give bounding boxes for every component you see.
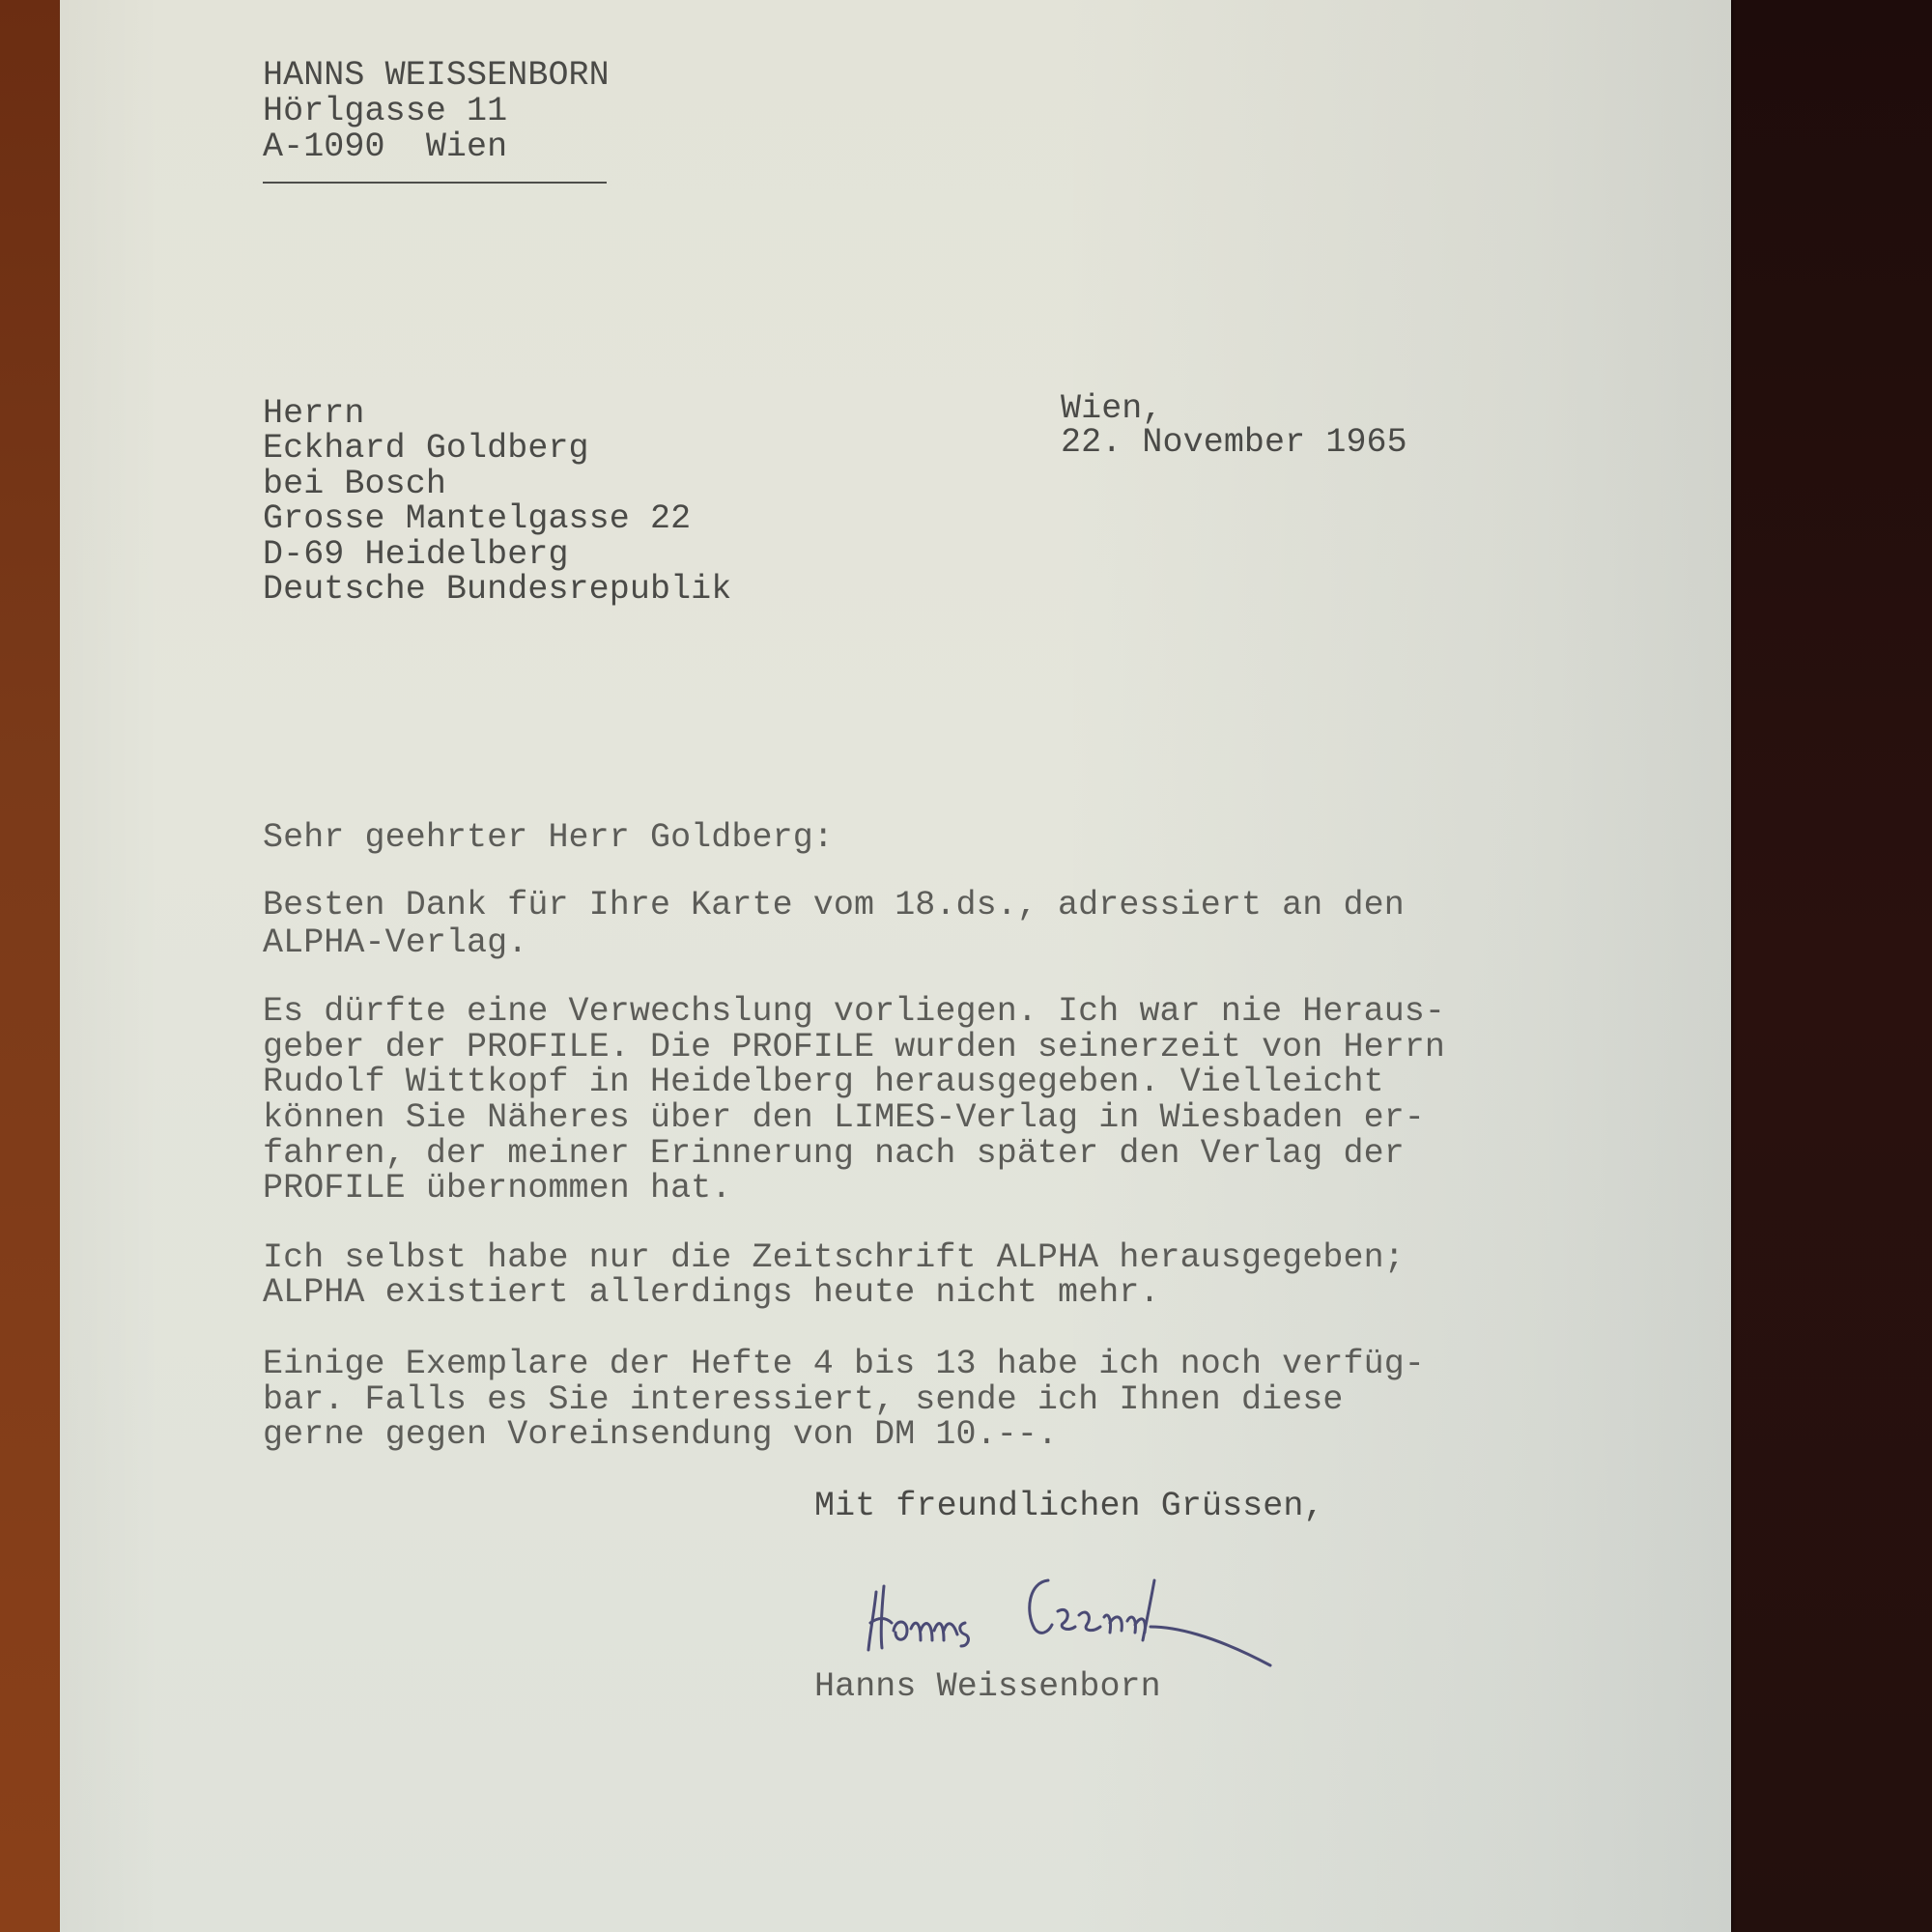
letterhead-divider	[263, 182, 607, 184]
salutation: Sehr geehrter Herr Goldberg:	[263, 820, 834, 856]
body-line: bar. Falls es Sie interessiert, sende ic…	[263, 1382, 1343, 1418]
body-line: fahren, der meiner Erinnerung nach späte…	[263, 1136, 1405, 1172]
body-line: ALPHA-Verlag.	[263, 925, 527, 961]
body-line: Besten Dank für Ihre Karte vom 18.ds., a…	[263, 888, 1405, 923]
body-line: ALPHA existiert allerdings heute nicht m…	[263, 1275, 1160, 1311]
signature-icon	[865, 1573, 1367, 1669]
body-line: Rudolf Wittkopf in Heidelberg herausgege…	[263, 1065, 1384, 1100]
letterhead-name: HANNS WEISSENBORN	[263, 58, 610, 94]
letterhead-city: A-1090 Wien	[263, 129, 507, 165]
recipient-line: bei Bosch	[263, 467, 446, 502]
recipient-line: Eckhard Goldberg	[263, 431, 589, 467]
body-line: gerne gegen Voreinsendung von DM 10.--.	[263, 1417, 1058, 1453]
recipient-line: Deutsche Bundesrepublik	[263, 572, 731, 608]
closing: Mit freundlichen Grüssen,	[814, 1489, 1324, 1524]
recipient-line: Herrn	[263, 396, 365, 432]
body-line: Einige Exemplare der Hefte 4 bis 13 habe…	[263, 1347, 1425, 1382]
typed-signature-name: Hanns Weissenborn	[814, 1669, 1161, 1705]
body-line: können Sie Näheres über den LIMES-Verlag…	[263, 1100, 1425, 1136]
recipient-line: D-69 Heidelberg	[263, 537, 569, 573]
body-line: geber der PROFILE. Die PROFILE wurden se…	[263, 1030, 1445, 1065]
recipient-line: Grosse Mantelgasse 22	[263, 501, 691, 537]
date-place: Wien,	[1061, 391, 1163, 427]
body-line: Es dürfte eine Verwechslung vorliegen. I…	[263, 994, 1445, 1030]
date-text: 22. November 1965	[1061, 425, 1407, 461]
body-line: PROFILE übernommen hat.	[263, 1171, 731, 1207]
desk-surface-right	[1729, 0, 1932, 1932]
letterhead-street: Hörlgasse 11	[263, 94, 507, 129]
body-line: Ich selbst habe nur die Zeitschrift ALPH…	[263, 1240, 1405, 1276]
desk-surface-left	[0, 0, 68, 1932]
